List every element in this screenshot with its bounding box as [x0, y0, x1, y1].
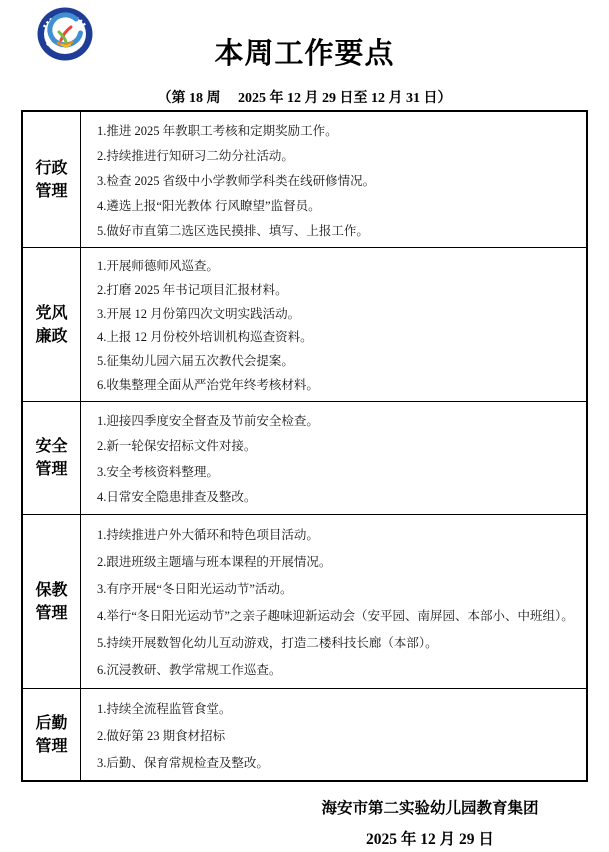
category-label: 行政	[35, 157, 67, 180]
task-item: 4.举行“冬日阳光运动节”之亲子趣味迎新运动会（安平园、南屏园、本部小、中班组）…	[97, 606, 583, 624]
category-cell: 后勤 管理	[23, 689, 81, 780]
category-cell: 保教 管理	[23, 515, 81, 688]
category-label: 后勤	[35, 712, 67, 735]
task-item: 4.上报 12 月份校外培训机构巡查资料。	[97, 327, 583, 345]
task-item: 3.检查 2025 省级中小学教师学科类在线研修情况。	[97, 171, 583, 189]
task-item: 3.有序开展“冬日阳光运动节”活动。	[97, 579, 583, 597]
task-item: 2.打磨 2025 年书记项目汇报材料。	[97, 280, 583, 298]
kindergarten-badge-icon	[36, 6, 94, 67]
task-list: 1.推进 2025 年教职工考核和定期奖励工作。 2.持续推进行知研习二幼分社活…	[81, 112, 586, 247]
task-item: 3.后勤、保育常规检查及整改。	[97, 753, 583, 771]
task-item: 5.征集幼儿园六届五次教代会提案。	[97, 351, 583, 369]
task-item: 1.推进 2025 年教职工考核和定期奖励工作。	[97, 121, 583, 139]
category-label: 安全	[35, 435, 67, 458]
task-item: 1.持续推进户外大循环和特色项目活动。	[97, 525, 583, 543]
category-label: 保教	[35, 579, 67, 602]
task-item: 6.收集整理全面从严治党年终考核材料。	[97, 375, 583, 393]
table-row-safety: 安全 管理 1.迎接四季度安全督查及节前安全检查。 2.新一轮保安招标文件对接。…	[23, 401, 586, 514]
task-item: 2.持续推进行知研习二幼分社活动。	[97, 146, 583, 164]
category-label: 廉政	[35, 325, 67, 348]
category-label: 管理	[35, 458, 67, 481]
task-item: 2.做好第 23 期食材招标	[97, 726, 583, 744]
table-row-administration: 行政 管理 1.推进 2025 年教职工考核和定期奖励工作。 2.持续推进行知研…	[23, 112, 586, 247]
task-item: 1.持续全流程监管食堂。	[97, 699, 583, 717]
task-item: 5.持续开展数智化幼儿互动游戏，打造二楼科技长廊（本部）。	[97, 633, 583, 651]
week-date-range: （第 18 周 2025 年 12 月 29 日至 12 月 31 日）	[0, 87, 609, 107]
task-item: 1.迎接四季度安全督查及节前安全检查。	[97, 411, 583, 429]
organization-name: 海安市第二实验幼儿园教育集团	[250, 796, 609, 818]
category-cell: 行政 管理	[23, 112, 81, 247]
task-item: 6.沉浸教研、教学常规工作巡查。	[97, 660, 583, 678]
task-list: 1.持续推进户外大循环和特色项目活动。 2.跟进班级主题墙与班本课程的开展情况。…	[81, 515, 586, 688]
signature-date: 2025 年 12 月 29 日	[250, 827, 609, 849]
category-label: 管理	[35, 735, 67, 758]
task-item: 1.开展师德师风巡查。	[97, 256, 583, 274]
task-item: 5.做好市直第二选区选民摸排、填写、上报工作。	[97, 221, 583, 239]
table-row-care-education: 保教 管理 1.持续推进户外大循环和特色项目活动。 2.跟进班级主题墙与班本课程…	[23, 514, 586, 688]
category-label: 管理	[35, 602, 67, 625]
table-row-party-conduct: 党风 廉政 1.开展师德师风巡查。 2.打磨 2025 年书记项目汇报材料。 3…	[23, 247, 586, 401]
category-cell: 安全 管理	[23, 402, 81, 514]
task-item: 4.遴选上报“阳光教体 行风瞭望”监督员。	[97, 196, 583, 214]
weekly-work-table: 行政 管理 1.推进 2025 年教职工考核和定期奖励工作。 2.持续推进行知研…	[21, 110, 588, 782]
task-item: 2.跟进班级主题墙与班本课程的开展情况。	[97, 552, 583, 570]
task-item: 2.新一轮保安招标文件对接。	[97, 436, 583, 454]
task-list: 1.开展师德师风巡查。 2.打磨 2025 年书记项目汇报材料。 3.开展 12…	[81, 248, 586, 401]
task-list: 1.持续全流程监管食堂。 2.做好第 23 期食材招标 3.后勤、保育常规检查及…	[81, 689, 586, 780]
task-list: 1.迎接四季度安全督查及节前安全检查。 2.新一轮保安招标文件对接。 3.安全考…	[81, 402, 586, 514]
signature-block: 海安市第二实验幼儿园教育集团 2025 年 12 月 29 日	[250, 796, 609, 849]
category-label: 党风	[35, 302, 67, 325]
category-cell: 党风 廉政	[23, 248, 81, 401]
category-label: 管理	[35, 180, 67, 203]
task-item: 3.安全考核资料整理。	[97, 462, 583, 480]
table-row-logistics: 后勤 管理 1.持续全流程监管食堂。 2.做好第 23 期食材招标 3.后勤、保…	[23, 688, 586, 780]
task-item: 3.开展 12 月份第四次文明实践活动。	[97, 304, 583, 322]
task-item: 4.日常安全隐患排查及整改。	[97, 487, 583, 505]
document-header: 本周工作要点 （第 18 周 2025 年 12 月 29 日至 12 月 31…	[0, 0, 609, 108]
